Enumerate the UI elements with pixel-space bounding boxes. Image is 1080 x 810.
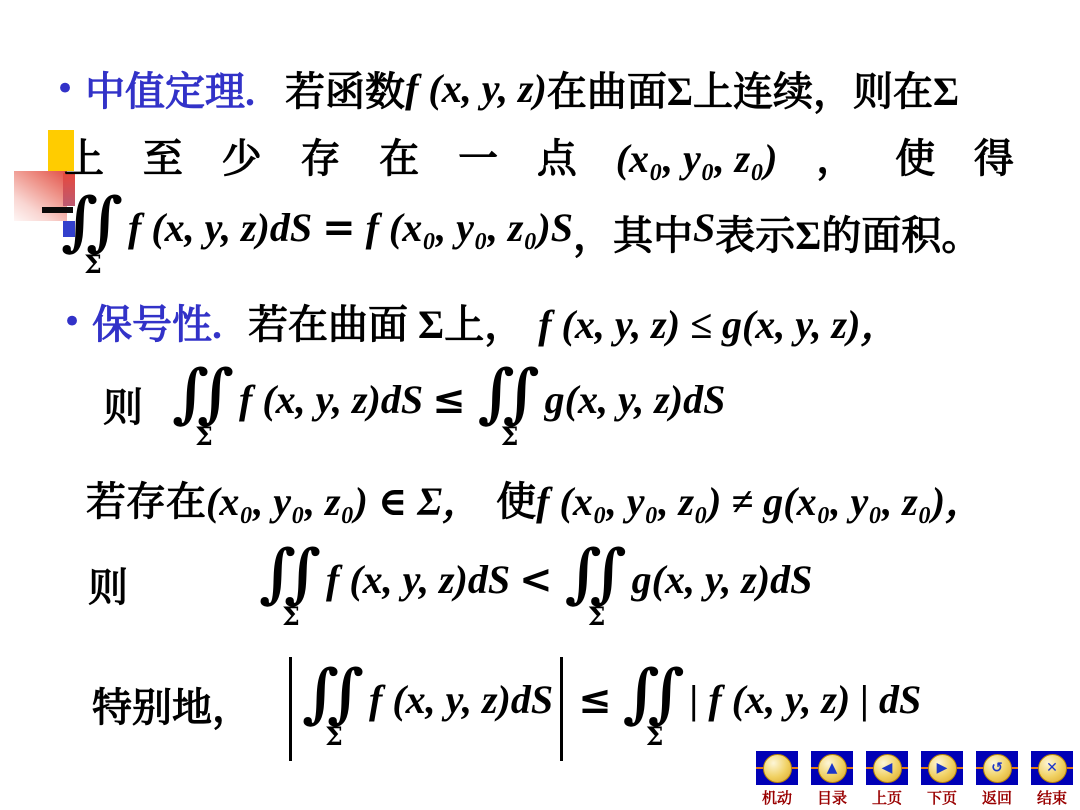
char: 上	[64, 127, 104, 184]
char: 点	[537, 127, 577, 184]
button-face[interactable]: ▶	[921, 751, 963, 785]
navigation-bar: 机动 ▲ 目录 ◀ 上页 ▶ 下页 ↺ 返回	[756, 751, 1073, 808]
double-integral-icon: ∬	[565, 543, 629, 605]
math-f-le-g: f (x, y, z) ≤ g(x, y, z)，	[538, 293, 900, 350]
nav-button-return[interactable]: ↺ 返回	[976, 751, 1018, 808]
text: 若函数	[285, 60, 405, 117]
prev-page-icon: ◀	[873, 754, 902, 783]
double-integral: ∬ Σ	[172, 363, 236, 449]
math-abs-f-integrand: | f (x, y, z) | dS	[690, 663, 922, 723]
double-integral-icon: ∬	[172, 363, 236, 425]
le-sign: ≤	[578, 663, 612, 723]
nav-label: 上页	[872, 787, 902, 808]
nav-label: 目录	[817, 787, 847, 808]
math-f-integrand: f (x, y, z)dS	[239, 363, 423, 423]
button-face[interactable]	[756, 751, 798, 785]
char: 在	[379, 127, 419, 184]
math-point-in-sigma: (x₀, y₀, z₀) ∈ Σ，	[206, 470, 482, 527]
text-in-particular: 特别地，	[92, 663, 252, 733]
nav-label: 结束	[1037, 787, 1067, 808]
double-integral: ∬ Σ	[565, 543, 629, 629]
double-integral-icon: ∬	[302, 663, 366, 725]
math-g-integrand: g(x, y, z)dS	[545, 363, 726, 423]
math-integrand: f (x, y, z)dS	[128, 191, 312, 251]
math-fxyz: f (x, y, z)	[405, 65, 547, 112]
button-face[interactable]: ◀	[866, 751, 908, 785]
nav-button-contents[interactable]: ▲ 目录	[811, 751, 853, 808]
button-face[interactable]: ▲	[811, 751, 853, 785]
math-f-integrand: f (x, y, z)dS	[369, 663, 553, 723]
bullet-icon: •	[55, 69, 75, 109]
math-f-ne-g: f (x₀, y₀, z₀) ≠ g(x₀, y₀, z₀)，	[536, 470, 985, 527]
bullet-icon: •	[62, 302, 82, 342]
sigma-subscript: Σ	[646, 725, 664, 749]
double-integral: ∬ Σ	[623, 663, 687, 749]
char: 得	[974, 127, 1014, 184]
sigma-subscript: Σ	[282, 605, 300, 629]
line-sign-preservation: • 保号性. 若在曲面 Σ上， f (x, y, z) ≤ g(x, y, z)…	[62, 293, 900, 350]
double-integral: ∬ Σ	[259, 543, 323, 629]
nav-label: 机动	[762, 787, 792, 808]
equals-sign: =	[322, 191, 356, 251]
justified-line: 上 至 少 存 在 一 点 (x₀, y₀, z₀) ， 使 得	[64, 127, 1014, 184]
sigma-subscript: Σ	[84, 253, 102, 277]
text-then: 则	[88, 543, 128, 613]
lt-sign: <	[519, 543, 553, 603]
text: 表示Σ的面积。	[715, 191, 981, 261]
line-integral-inequality: 则 ∬ Σ f (x, y, z)dS ≤ ∬ Σ g(x, y, z)dS	[103, 363, 725, 449]
double-integral: ∬ Σ	[302, 663, 366, 749]
next-page-icon: ▶	[928, 754, 957, 783]
line-absolute-value: 特别地， ∬ Σ f (x, y, z)dS ≤ ∬ Σ | f (x, y, …	[92, 663, 921, 761]
end-icon: ✕	[1038, 754, 1067, 783]
text: ，其中	[573, 191, 693, 261]
property-title: 保号性.	[92, 293, 222, 350]
text-then: 则	[103, 363, 143, 433]
double-integral-icon: ∬	[259, 543, 323, 605]
double-integral: ∬ Σ	[61, 191, 125, 277]
sigma-subscript: Σ	[325, 725, 343, 749]
double-integral: ∬ Σ	[478, 363, 542, 449]
button-face[interactable]: ✕	[1031, 751, 1073, 785]
line-strict-inequality: 则 ∬ Σ f (x, y, z)dS < ∬ Σ g(x, y, z)dS	[88, 543, 812, 629]
return-icon: ↺	[983, 754, 1012, 783]
absolute-value-bar	[560, 657, 563, 761]
char: 至	[143, 127, 183, 184]
nav-button-prev-page[interactable]: ◀ 上页	[866, 751, 908, 808]
char: 使	[895, 127, 935, 184]
math-point-x0y0z0: (x₀, y₀, z₀)	[616, 135, 778, 182]
sigma-subscript: Σ	[501, 425, 519, 449]
text: 在曲面Σ上连续，则在Σ	[547, 60, 959, 117]
line-exists-point: 若存在 (x₀, y₀, z₀) ∈ Σ， 使 f (x₀, y₀, z₀) ≠…	[86, 470, 985, 527]
contents-icon: ▲	[818, 754, 847, 783]
text: 若存在	[86, 470, 206, 527]
char: 存	[300, 127, 340, 184]
le-sign: ≤	[432, 363, 466, 423]
char: 一	[458, 127, 498, 184]
math-fx0y0z0S: f (x₀, y₀, z₀)S	[366, 191, 573, 251]
text: 若在曲面 Σ上，	[248, 293, 524, 350]
nav-button-end[interactable]: ✕ 结束	[1031, 751, 1073, 808]
motion-icon	[763, 754, 792, 783]
double-integral-icon: ∬	[623, 663, 687, 725]
math-g-integrand: g(x, y, z)dS	[632, 543, 813, 603]
char: 少	[222, 127, 262, 184]
nav-button-jidong[interactable]: 机动	[756, 751, 798, 808]
sigma-subscript: Σ	[588, 605, 606, 629]
double-integral-icon: ∬	[61, 191, 125, 253]
line-mean-value-formula: ∬ Σ f (x, y, z)dS = f (x₀, y₀, z₀)S ，其中 …	[58, 191, 981, 277]
line-mean-value-theorem: • 中值定理. 若函数 f (x, y, z) 在曲面Σ上连续，则在Σ	[55, 60, 959, 117]
absolute-value-bar	[289, 657, 292, 761]
nav-label: 返回	[982, 787, 1012, 808]
theorem-title: 中值定理.	[85, 60, 255, 117]
sigma-subscript: Σ	[195, 425, 213, 449]
nav-button-next-page[interactable]: ▶ 下页	[921, 751, 963, 808]
double-integral-icon: ∬	[478, 363, 542, 425]
char: ，	[816, 127, 856, 184]
math-f-integrand: f (x, y, z)dS	[326, 543, 510, 603]
button-face[interactable]: ↺	[976, 751, 1018, 785]
math-S: S	[693, 191, 715, 251]
nav-label: 下页	[927, 787, 957, 808]
text: 使	[496, 470, 536, 527]
